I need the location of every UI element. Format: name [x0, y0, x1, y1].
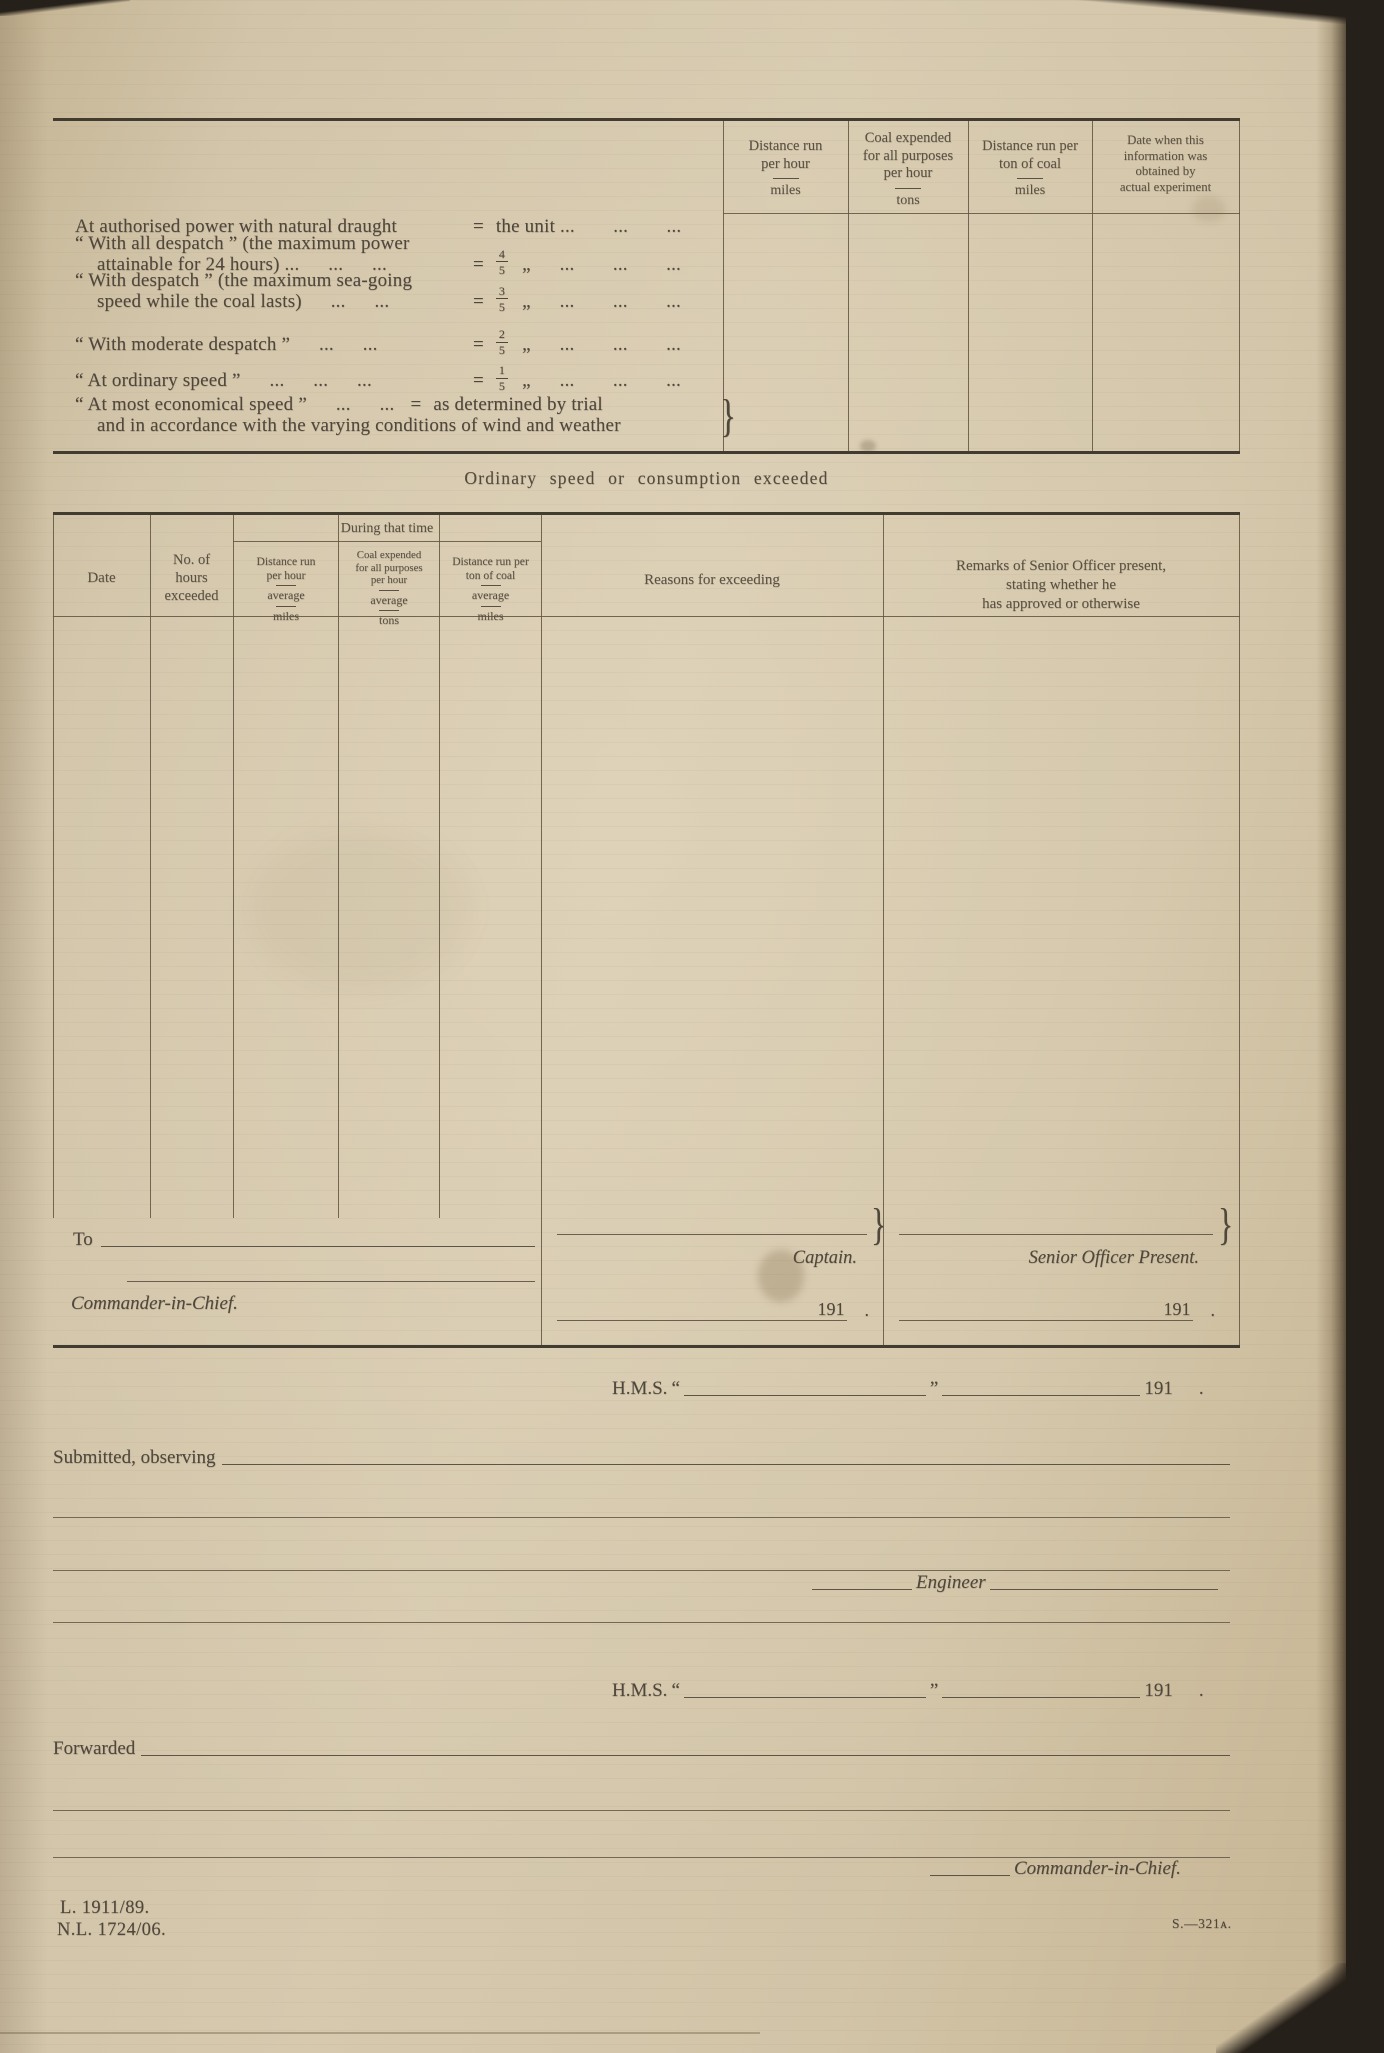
row-label: “ With moderate despatch ” ... ... [75, 335, 473, 356]
ruled-line [53, 1517, 1230, 1518]
table-divider [1092, 121, 1093, 451]
subcolumn-average: average [234, 588, 338, 602]
hms-label: H.M.S. [612, 1680, 667, 1702]
scanned-naval-coal-form: { "colors":{"paper":"#d2c4a7","ink":"#4f… [0, 0, 1384, 2053]
equals-sign: = [473, 292, 484, 313]
fraction-denominator: 5 [496, 343, 508, 357]
captain-signature-line [557, 1234, 867, 1235]
row-label-line: speed while the coal lasts) ... ... [75, 292, 473, 313]
year-period: . [865, 1300, 870, 1321]
header-separator [276, 606, 296, 607]
submitted-label: Submitted, observing [53, 1447, 216, 1469]
captain-date-line: 191 . [557, 1299, 869, 1321]
hms-label: H.M.S. [612, 1378, 667, 1400]
row-most-economical-speed: “ At most economical speed ” ... ...=as … [75, 393, 739, 439]
subcolumn-average: average [440, 588, 541, 602]
column-header-reasons: Reasons for exceeding [541, 571, 883, 590]
column-header-date-of-experiment: Date when this information was obtained … [1094, 130, 1237, 195]
ruled-line [53, 1810, 1230, 1811]
column-header-remarks: Remarks of Senior Officer present, stati… [883, 557, 1239, 613]
fraction-denominator: 5 [496, 379, 508, 393]
fraction-numerator: 1 [496, 364, 508, 379]
open-quote: “ [671, 1378, 679, 1400]
column-header-coal-expended: Coal expended for all purposes per hour … [850, 130, 966, 209]
table-divider [968, 121, 969, 451]
date-line [942, 1697, 1140, 1698]
row-value: „ ... ... ... [522, 335, 681, 356]
column-unit: miles [725, 182, 846, 199]
paper-stain [758, 1250, 804, 1302]
table-right-border [1239, 121, 1240, 451]
fraction-two-fifths: 25 [496, 328, 508, 356]
row-label-line: and in accordance with the varying condi… [75, 416, 717, 437]
forwarded-field: Forwarded [53, 1738, 1230, 1760]
row-moderate-despatch: “ With moderate despatch ” ... ... = 25 … [75, 328, 727, 356]
row-label-text: “ At most economical speed ” ... ... [75, 394, 394, 415]
header-separator [276, 585, 296, 586]
equals-sign: = [473, 335, 484, 356]
subcolumn-unit: tons [339, 613, 439, 627]
row-label: “ At ordinary speed ” ... ... ... [75, 371, 473, 392]
column-title: Coal expended for all purposes per hour [850, 130, 966, 183]
speed-exceeded-table: Date No. of hours exceeded During that t… [53, 512, 1240, 1348]
header-separator [1017, 178, 1043, 179]
senior-officer-label: Senior Officer Present. [899, 1248, 1199, 1269]
group-header-during-that-time: During that time [233, 520, 541, 538]
year-prefix: 191 [812, 1299, 847, 1321]
ruled-line [53, 1622, 1230, 1623]
forwarded-label: Forwarded [53, 1738, 135, 1760]
header-separator [379, 610, 399, 611]
coal-performance-table: Distance run per hour miles Coal expende… [53, 118, 1240, 454]
commander-in-chief-signature-field: Commander-in-Chief. [930, 1856, 1220, 1880]
ship-name-line [684, 1697, 926, 1698]
header-separator [481, 606, 501, 607]
year-period: . [1199, 1378, 1204, 1400]
year-prefix: 191 [1158, 1299, 1193, 1321]
header-underline [723, 213, 1240, 214]
subcolumn-title: Coal expended for all purposes per hour [339, 549, 439, 587]
ruled-line [53, 1570, 1230, 1571]
dark-corner-top-right [1060, 0, 1346, 26]
subcolumn-unit: miles [234, 609, 338, 623]
subcolumn-distance-per-hour: Distance run per hour average miles [234, 555, 338, 623]
column-title: Date when this information was obtained … [1094, 133, 1237, 195]
column-header-date: Date [53, 569, 150, 588]
row-value: as determined by trial [433, 394, 603, 415]
column-header-distance-per-hour: Distance run per hour miles [725, 130, 846, 199]
forwarded-write-in-line [141, 1755, 1230, 1756]
row-value: „ ... ... ... [522, 292, 681, 313]
column-header-hours-exceeded: No. of hours exceeded [150, 551, 233, 605]
row-label-line: “ With despatch ” (the maximum sea-going [75, 271, 473, 292]
dark-corner-bottom-right [1216, 1963, 1346, 2053]
fraction-numerator: 4 [496, 248, 508, 263]
table-divider [848, 121, 849, 451]
close-quote: ” [930, 1680, 938, 1702]
column-title: Distance run per ton of coal [970, 138, 1090, 173]
header-separator [773, 178, 799, 179]
during-group-underline [233, 541, 541, 542]
subcolumn-average: average [339, 593, 439, 607]
fraction-numerator: 2 [496, 328, 508, 343]
fraction-denominator: 5 [496, 299, 508, 313]
subcolumn-title: Distance run per hour [234, 555, 338, 582]
header-underline [53, 616, 1240, 617]
column-title: Distance run per hour [725, 138, 846, 173]
fraction-three-fifths: 35 [496, 285, 508, 313]
paper-stain [1192, 196, 1226, 222]
table-right-border [1239, 515, 1240, 1345]
row-label: “ With despatch ” (the maximum sea-going… [75, 271, 473, 313]
senior-officer-signature-line [899, 1234, 1213, 1235]
open-quote: “ [671, 1680, 679, 1702]
signature-line [990, 1589, 1218, 1590]
signature-line [930, 1875, 1010, 1876]
date-write-in-line [899, 1320, 1158, 1321]
table-divider [150, 515, 151, 1218]
row-ordinary-speed: “ At ordinary speed ” ... ... ... = 15 „… [75, 364, 727, 392]
fraction-numerator: 3 [496, 285, 508, 300]
to-write-in-line [101, 1246, 535, 1247]
paper-stain [250, 830, 470, 990]
signature-line [812, 1589, 912, 1590]
brace: } [720, 393, 736, 439]
year-prefix: 191 [1144, 1680, 1173, 1702]
submitted-field: Submitted, observing [53, 1447, 1230, 1469]
subcolumn-coal-expended: Coal expended for all purposes per hour … [339, 549, 439, 628]
paper-sheet: Distance run per hour miles Coal expende… [0, 0, 1346, 2053]
row-value: „ ... ... ... [522, 371, 681, 392]
fraction-one-fifth: 15 [496, 364, 508, 392]
commander-in-chief-label: Commander-in-Chief. [1014, 1858, 1181, 1880]
equals-sign: = [473, 371, 484, 392]
form-reference-1: L. 1911/89. [60, 1898, 150, 1919]
row-label: “ At most economical speed ” ... ...=as … [75, 395, 717, 437]
ship-name-line [684, 1395, 926, 1396]
header-separator [481, 585, 501, 586]
table-divider [541, 515, 542, 1345]
captain-label: Captain. [557, 1248, 857, 1269]
subcolumn-distance-per-ton: Distance run per ton of coal average mil… [440, 555, 541, 623]
date-write-in-line [557, 1320, 812, 1321]
year-period: . [1211, 1300, 1216, 1321]
to-label: To [73, 1229, 93, 1251]
submitted-write-in-line [222, 1464, 1230, 1465]
row-label-line: “ With all despatch ” (the maximum power [75, 234, 473, 255]
engineer-signature-field: Engineer [812, 1572, 1218, 1594]
subcolumn-unit: miles [440, 609, 541, 623]
column-unit: tons [850, 192, 966, 209]
close-quote: ” [930, 1378, 938, 1400]
row-with-despatch: “ With despatch ” (the maximum sea-going… [75, 271, 727, 313]
senior-officer-date-line: 191 . [899, 1299, 1215, 1321]
equals-sign: = [410, 394, 421, 415]
column-header-distance-per-ton: Distance run per ton of coal miles [970, 130, 1090, 199]
year-prefix: 191 [1144, 1378, 1173, 1400]
dark-corner-top-left [0, 0, 130, 16]
date-line [942, 1395, 1140, 1396]
section-heading: Ordinary speed or consumption exceeded [53, 468, 1240, 489]
hms-field-2: H.M.S. “ ” 191 . [612, 1680, 1204, 1702]
form-reference-2: N.L. 1724/06. [57, 1920, 166, 1941]
brace: } [1218, 1203, 1233, 1247]
table-left-border [53, 515, 54, 1218]
paper-stain [860, 440, 876, 452]
subcolumn-title: Distance run per ton of coal [440, 555, 541, 582]
to-write-in-line-2 [127, 1281, 535, 1282]
row-label-line: “ At most economical speed ” ... ...=as … [75, 395, 717, 416]
header-separator [379, 590, 399, 591]
header-separator [895, 188, 921, 189]
year-period: . [1199, 1680, 1204, 1702]
commander-in-chief-label: Commander-in-Chief. [71, 1293, 238, 1315]
engineer-label: Engineer [916, 1572, 986, 1594]
form-reference-printer: S.—321ᴀ. [1172, 1916, 1232, 1932]
hms-field-1: H.M.S. “ ” 191 . [612, 1378, 1204, 1400]
page-bottom-edge [0, 2032, 760, 2034]
to-field: To [73, 1229, 535, 1251]
column-unit: miles [970, 182, 1090, 199]
brace: } [871, 1203, 886, 1247]
